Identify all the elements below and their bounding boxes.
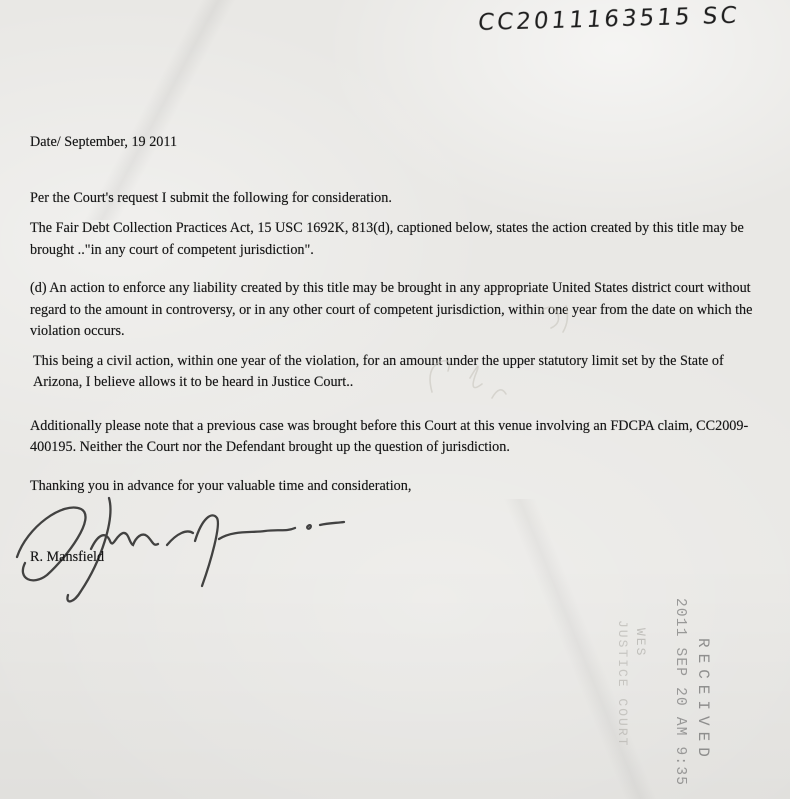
date-line: Date/ September, 19 2011 (30, 132, 771, 154)
signature-block: R. Mansfield (30, 497, 771, 577)
handwritten-signature-scrawl (5, 485, 355, 610)
letter-paragraph: Per the Court's request I submit the fol… (30, 188, 771, 210)
letter-paragraph: Additionally please note that a previous… (30, 416, 771, 459)
letter-paragraph: (d) An action to enforce any liability c… (30, 278, 771, 343)
stamp-datetime-line: 2011 SEP 20 AM 9:35 (672, 598, 688, 792)
handwritten-case-number: CC2011163515 SC (477, 2, 779, 36)
scanned-letter-page: CC2011163515 SC Date/ September, 19 2011… (0, 0, 790, 799)
printed-signature-name: R. Mansfield (30, 549, 104, 566)
stamp-court-line-1: WES (633, 598, 648, 792)
stamp-received-line: RECEIVED (694, 598, 712, 792)
letter-paragraph: This being a civil action, within one ye… (30, 351, 771, 394)
letter-body: Date/ September, 19 2011 Per the Court's… (30, 132, 771, 577)
received-stamp: RECEIVED 2011 SEP 20 AM 9:35 WES JUSTICE… (600, 598, 712, 792)
letter-paragraph: The Fair Debt Collection Practices Act, … (30, 218, 771, 261)
letter-paragraph: Thanking you in advance for your valuabl… (30, 476, 771, 498)
stamp-court-line-2: JUSTICE COURT (615, 598, 630, 792)
